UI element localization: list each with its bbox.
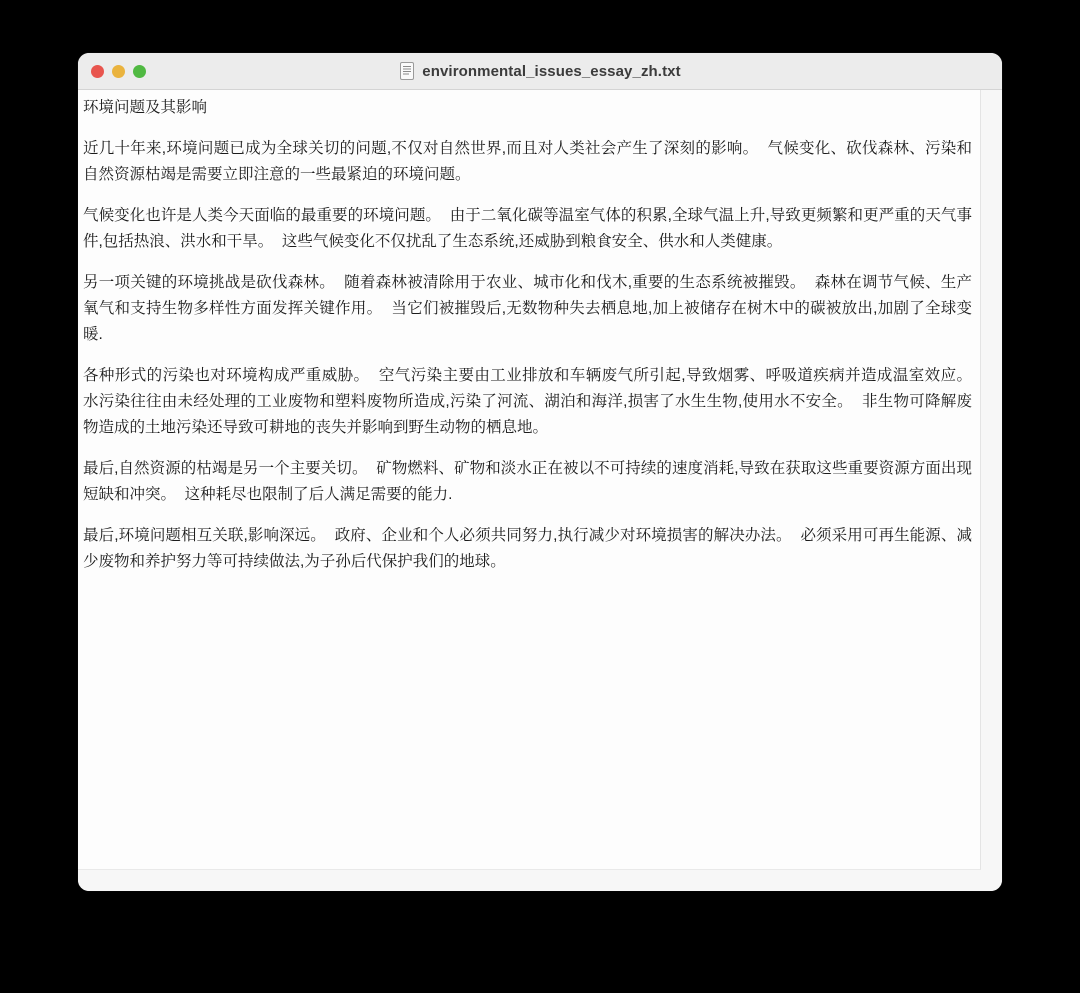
- window-content: 环境问题及其影响 近几十年来,环境问题已成为全球关切的问题,不仅对自然世界,而且…: [78, 90, 1002, 891]
- text-editor-window: environmental_issues_essay_zh.txt 环境问题及其…: [78, 53, 1002, 891]
- window-title: environmental_issues_essay_zh.txt: [422, 63, 680, 80]
- window-controls: [91, 53, 146, 89]
- document-paragraph: 最后,自然资源的枯竭是另一个主要关切。 矿物燃料、矿物和淡水正在被以不可持续的速…: [83, 456, 972, 508]
- vertical-scrollbar[interactable]: [981, 90, 1002, 870]
- text-area[interactable]: 环境问题及其影响 近几十年来,环境问题已成为全球关切的问题,不仅对自然世界,而且…: [78, 90, 981, 870]
- document-paragraph: 近几十年来,环境问题已成为全球关切的问题,不仅对自然世界,而且对人类社会产生了深…: [83, 136, 972, 188]
- document-heading: 环境问题及其影响: [83, 95, 972, 121]
- close-button[interactable]: [91, 65, 104, 78]
- document-paragraph: 另一项关键的环境挑战是砍伐森林。 随着森林被清除用于农业、城市化和伐木,重要的生…: [83, 270, 972, 348]
- horizontal-scrollbar[interactable]: [78, 870, 981, 891]
- document-paragraph: 各种形式的污染也对环境构成严重威胁。 空气污染主要由工业排放和车辆废气所引起,导…: [83, 363, 972, 441]
- minimize-button[interactable]: [112, 65, 125, 78]
- fullscreen-button[interactable]: [133, 65, 146, 78]
- document-paragraph: 气候变化也许是人类今天面临的最重要的环境问题。 由于二氧化碳等温室气体的积累,全…: [83, 203, 972, 255]
- text-document-icon: [399, 62, 415, 80]
- title-group: environmental_issues_essay_zh.txt: [399, 62, 680, 80]
- window-titlebar[interactable]: environmental_issues_essay_zh.txt: [78, 53, 1002, 90]
- document-paragraph: 最后,环境问题相互关联,影响深远。 政府、企业和个人必须共同努力,执行减少对环境…: [83, 523, 972, 575]
